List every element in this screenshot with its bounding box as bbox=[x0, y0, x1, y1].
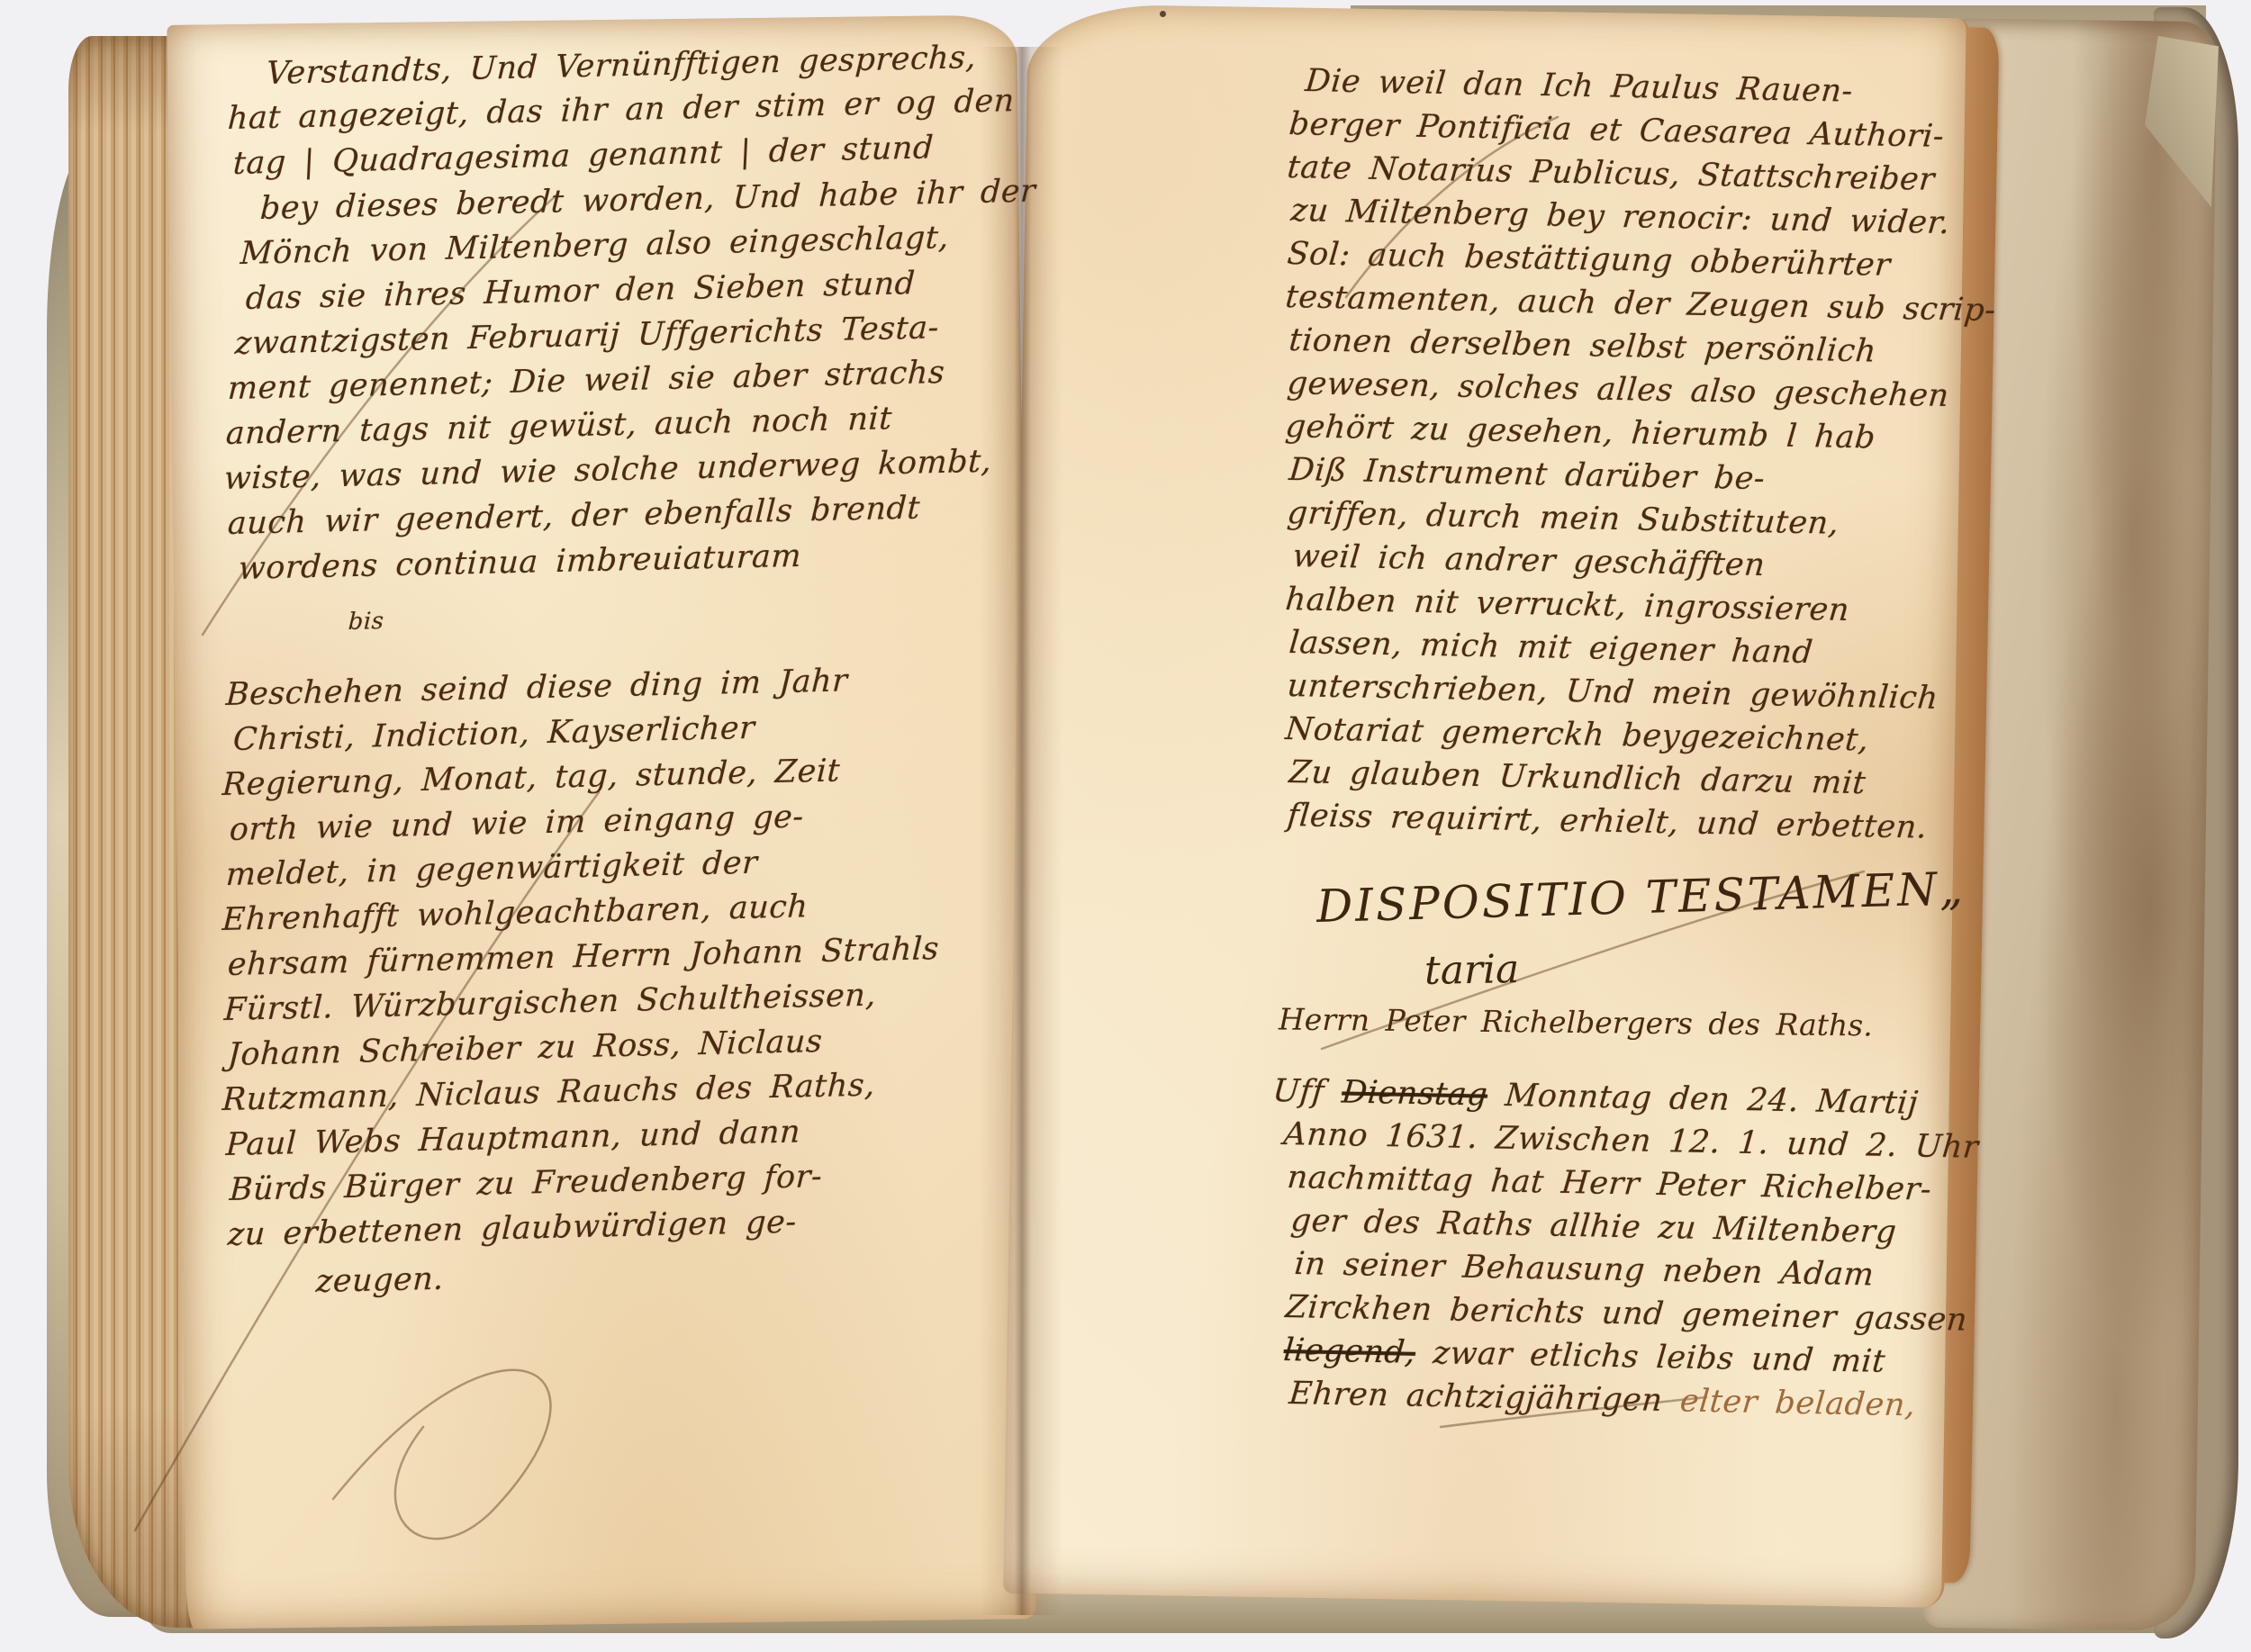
manuscript-photo: DISPOSITIO TESTAMEN„ taria Herrn Peter R… bbox=[0, 0, 2251, 1652]
book-gutter bbox=[980, 47, 1062, 1615]
right-page bbox=[1003, 4, 1969, 1608]
left-page bbox=[167, 14, 1036, 1629]
ink-speck bbox=[1160, 11, 1166, 17]
